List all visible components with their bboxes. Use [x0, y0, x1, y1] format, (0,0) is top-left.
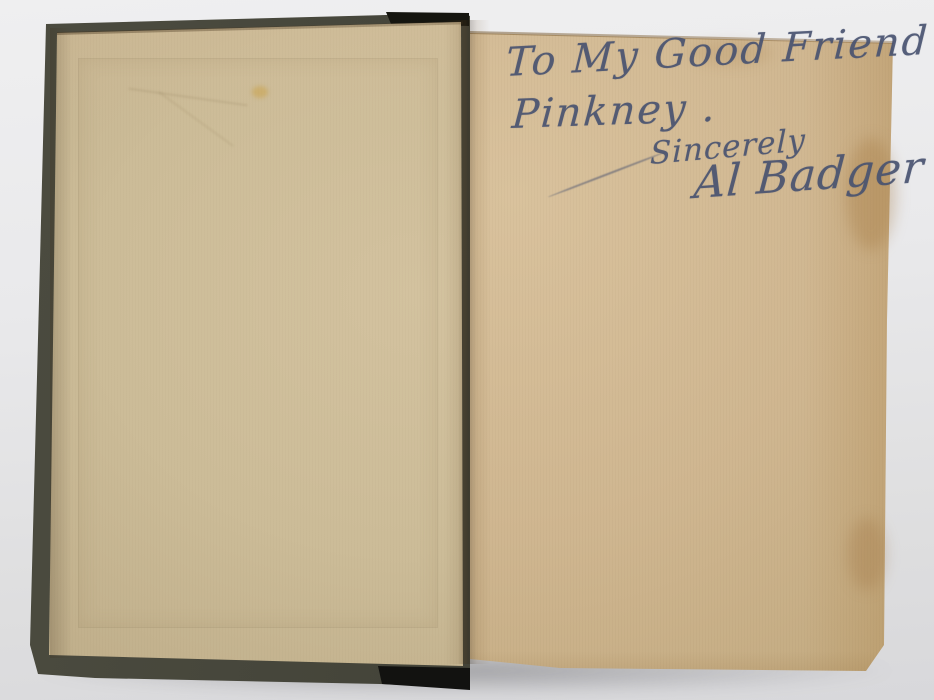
right-page-edge-stain	[848, 518, 886, 590]
left-page-spine-shading	[50, 28, 72, 658]
cover-turnin-impression	[78, 58, 438, 628]
left-page-stain	[252, 86, 268, 98]
inscription-line-recipient-name: Pinkney .	[510, 85, 718, 138]
photo-scene: To My Good Friend Pinkney . Sincerely Al…	[0, 0, 934, 700]
book-gutter-shadow	[444, 20, 490, 664]
